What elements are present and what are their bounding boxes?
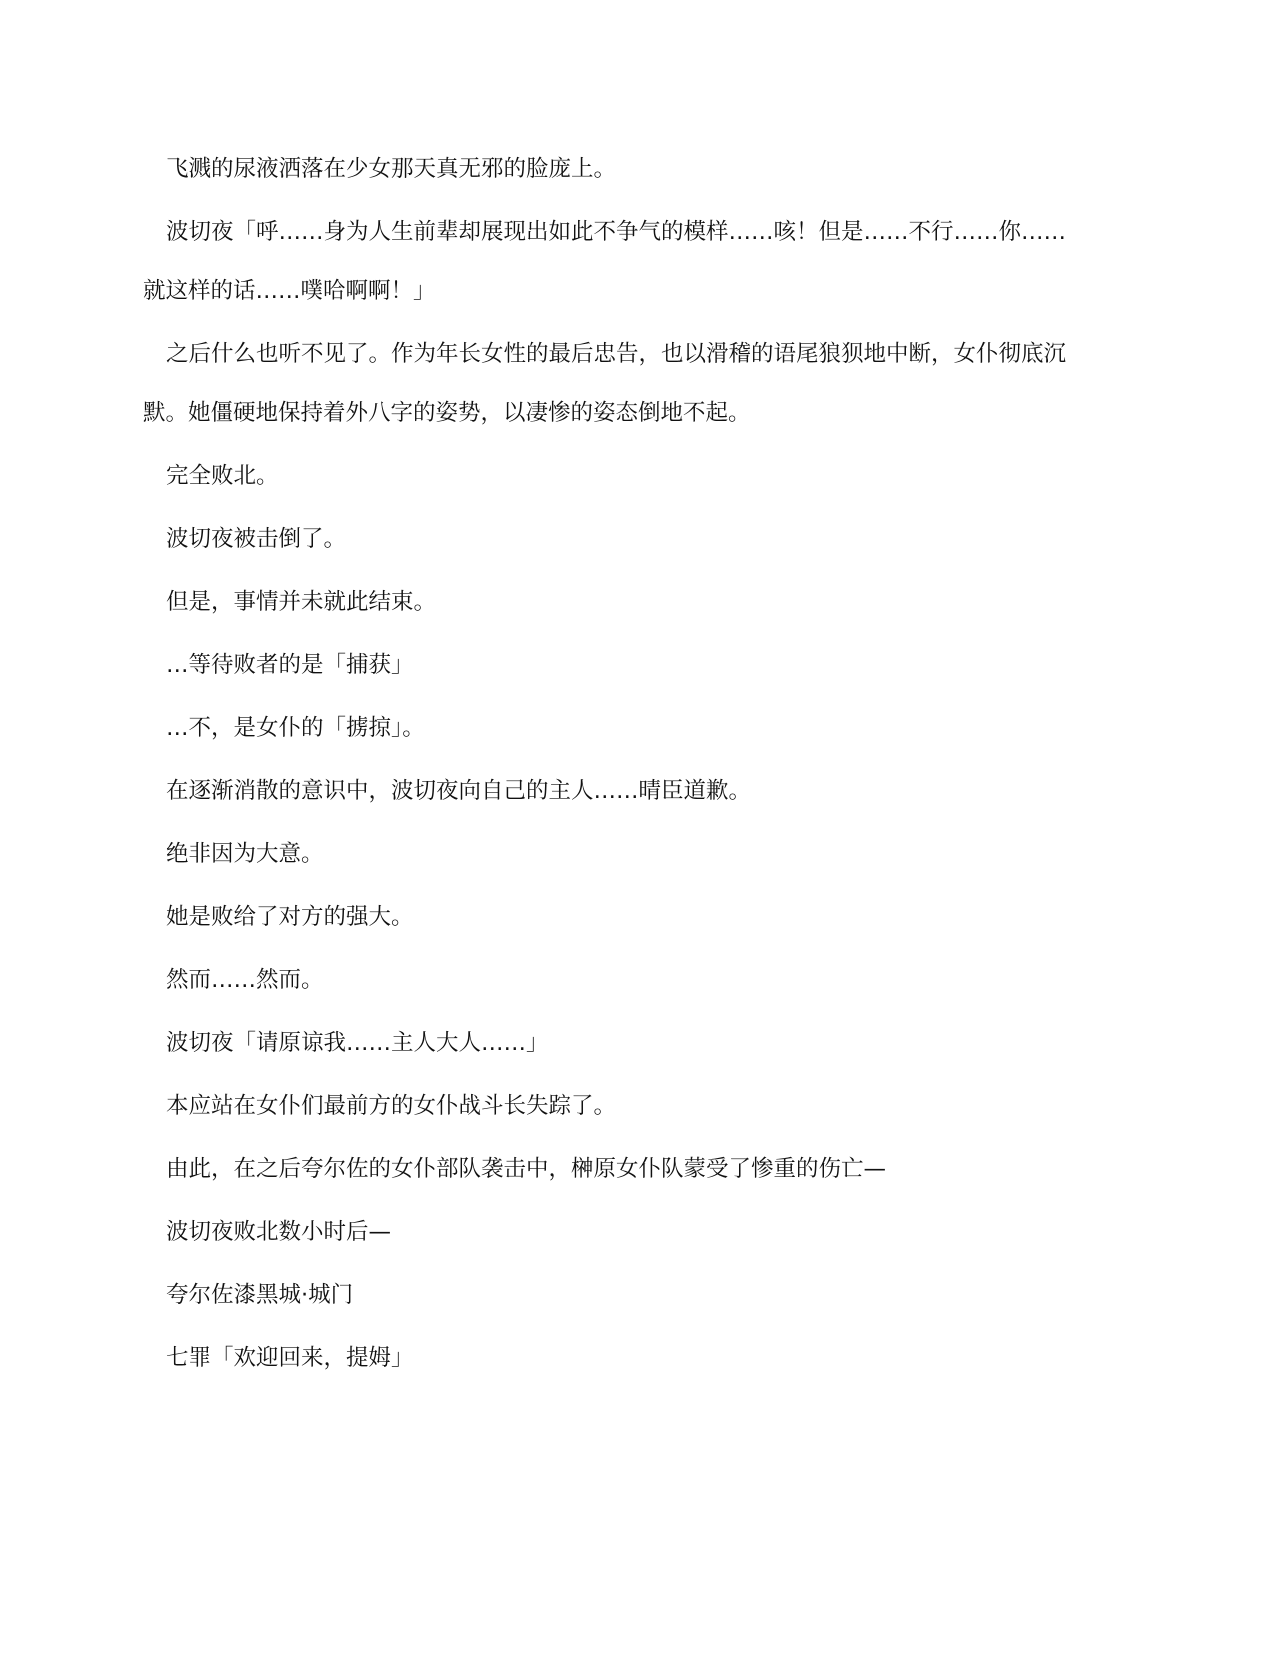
paragraph-6: 但是，事情并未就此结束。 [143,573,1078,632]
paragraph-11: 她是败给了对方的强大。 [143,888,1078,947]
paragraph-15: 由此，在之后夸尔佐的女仆部队袭击中，榊原女仆队蒙受了惨重的伤亡— [143,1140,1078,1199]
paragraph-10: 绝非因为大意。 [143,825,1078,884]
paragraph-13: 波切夜「请原谅我……主人大人……」 [143,1014,1078,1073]
paragraph-8: …不，是女仆的「掳掠」。 [143,699,1078,758]
paragraph-12: 然而……然而。 [143,951,1078,1010]
paragraph-17: 夸尔佐漆黑城·城门 [143,1266,1078,1325]
paragraph-7: …等待败者的是「捕获」 [143,636,1078,695]
paragraph-18: 七罪「欢迎回来，提姆」 [143,1329,1078,1388]
paragraph-2: 波切夜「呼……身为人生前辈却展现出如此不争气的模样……咳！但是……不行……你……… [143,203,1078,321]
paragraph-14: 本应站在女仆们最前方的女仆战斗长失踪了。 [143,1077,1078,1136]
document-page: 飞溅的尿液洒落在少女那天真无邪的脸庞上。 波切夜「呼……身为人生前辈却展现出如此… [143,140,1078,1392]
paragraph-9: 在逐渐消散的意识中，波切夜向自己的主人……晴臣道歉。 [143,762,1078,821]
paragraph-4: 完全败北。 [143,447,1078,506]
paragraph-3: 之后什么也听不见了。作为年长女性的最后忠告，也以滑稽的语尾狼狈地中断，女仆彻底沉… [143,325,1078,443]
paragraph-5: 波切夜被击倒了。 [143,510,1078,569]
paragraph-1: 飞溅的尿液洒落在少女那天真无邪的脸庞上。 [143,140,1078,199]
paragraph-16: 波切夜败北数小时后— [143,1203,1078,1262]
